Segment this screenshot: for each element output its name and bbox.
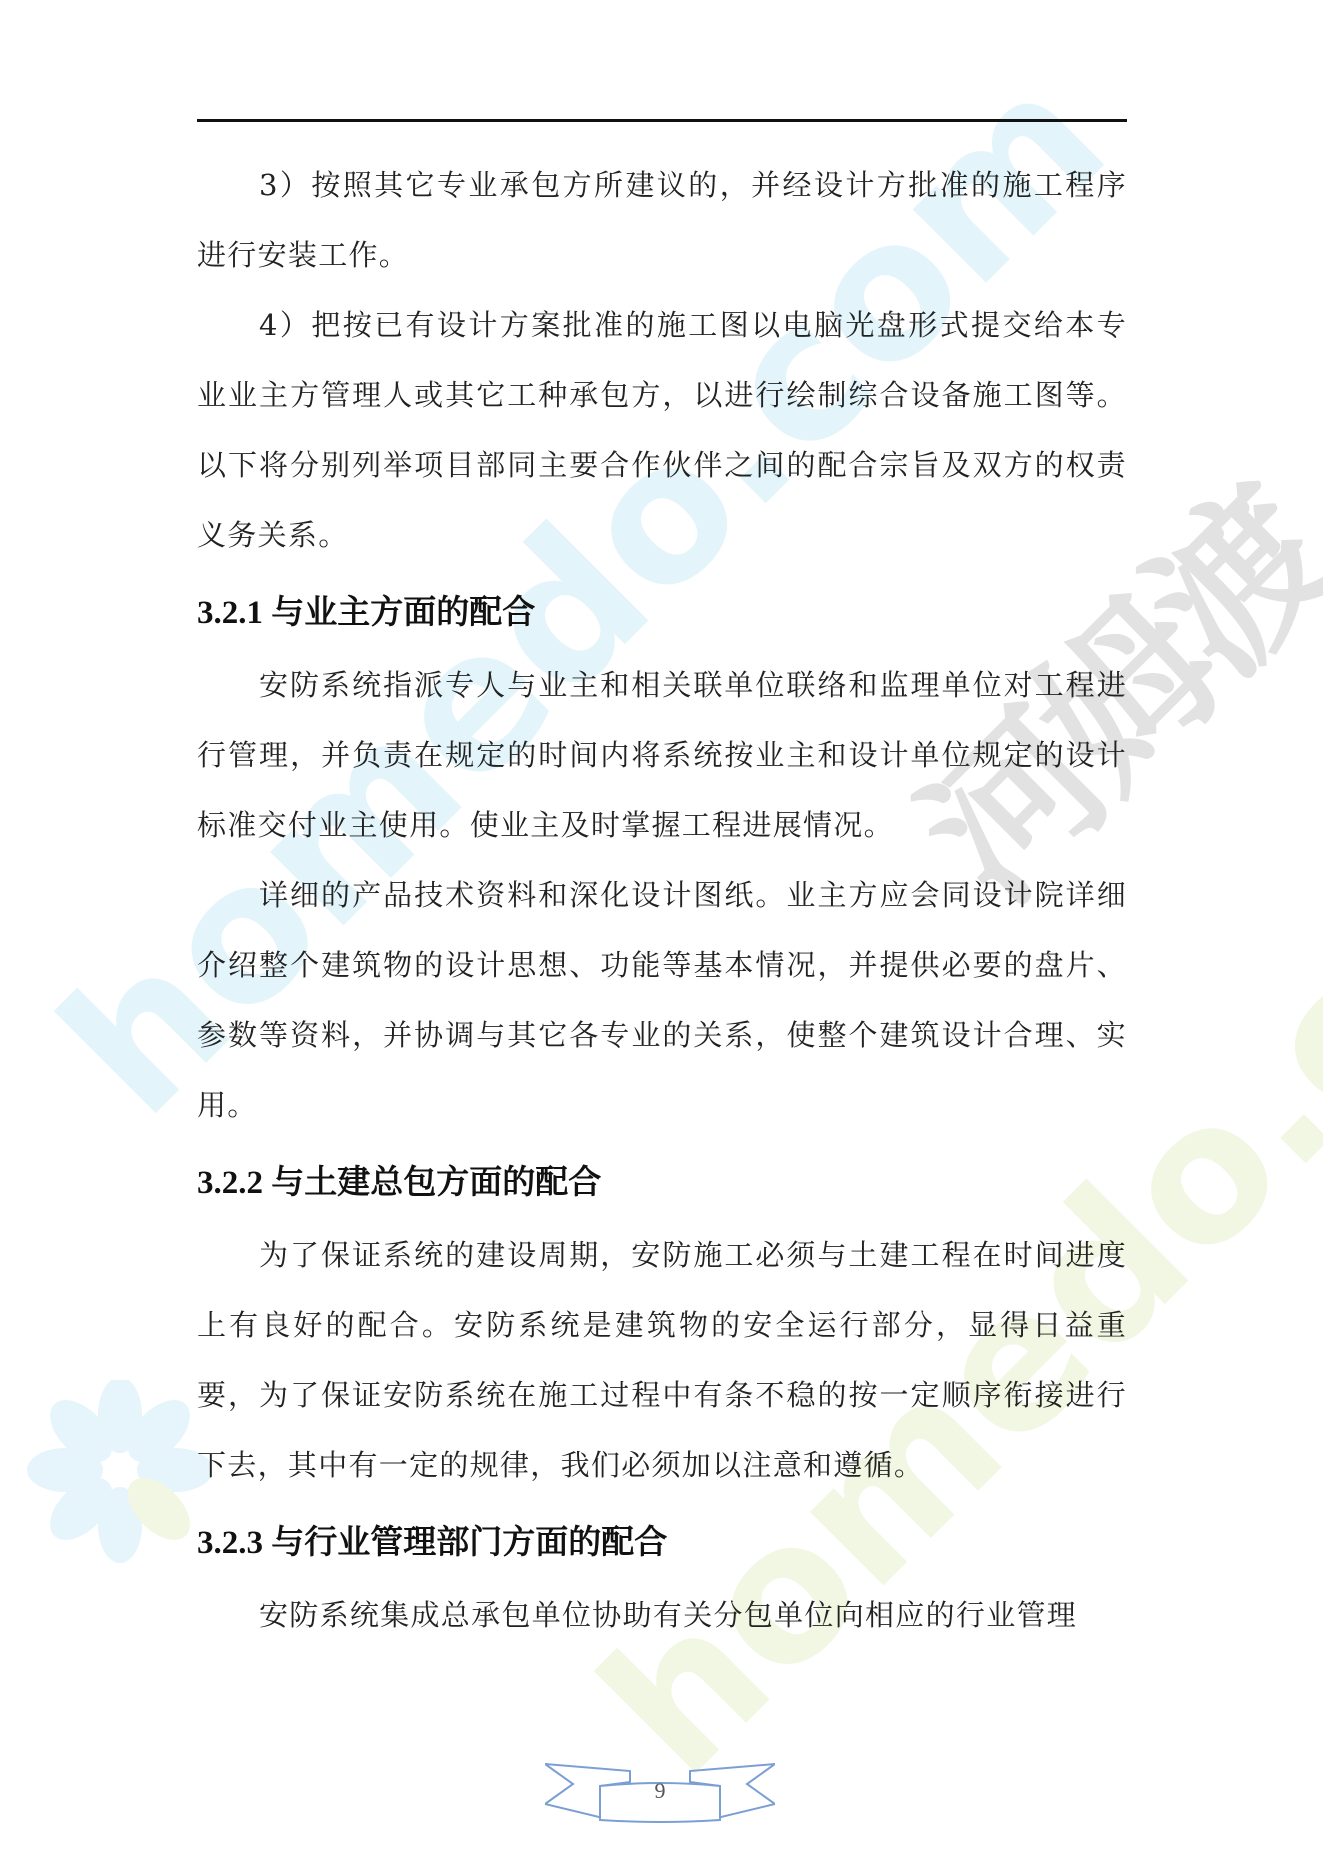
paragraph-item-4: 4）把按已有设计方案批准的施工图以电脑光盘形式提交给本专业业主方管理人或其它工种… xyxy=(197,290,1127,570)
section-paragraph: 详细的产品技术资料和深化设计图纸。业主方应会同设计院详细介绍整个建筑物的设计思想… xyxy=(197,860,1127,1140)
section-paragraph: 为了保证系统的建设周期，安防施工必须与土建工程在时间进度上有良好的配合。安防系统… xyxy=(197,1220,1127,1500)
page-number: 9 xyxy=(545,1778,775,1804)
section-paragraph: 安防系统指派专人与业主和相关联单位联络和监理单位对工程进行管理，并负责在规定的时… xyxy=(197,650,1127,860)
document-body: 3）按照其它专业承包方所建议的，并经设计方批准的施工程序进行安装工作。 4）把按… xyxy=(197,150,1127,1650)
section-heading-3-2-1: 3.2.1 与业主方面的配合 xyxy=(197,570,1127,650)
section-paragraph: 安防系统集成总承包单位协助有关分包单位向相应的行业管理 xyxy=(197,1580,1127,1650)
page-number-banner: 9 xyxy=(545,1758,775,1828)
watermark-flower-logo-icon xyxy=(10,1380,210,1580)
header-rule xyxy=(197,119,1127,122)
paragraph-item-3: 3）按照其它专业承包方所建议的，并经设计方批准的施工程序进行安装工作。 xyxy=(197,150,1127,290)
section-heading-3-2-3: 3.2.3 与行业管理部门方面的配合 xyxy=(197,1500,1127,1580)
section-heading-3-2-2: 3.2.2 与土建总包方面的配合 xyxy=(197,1140,1127,1220)
